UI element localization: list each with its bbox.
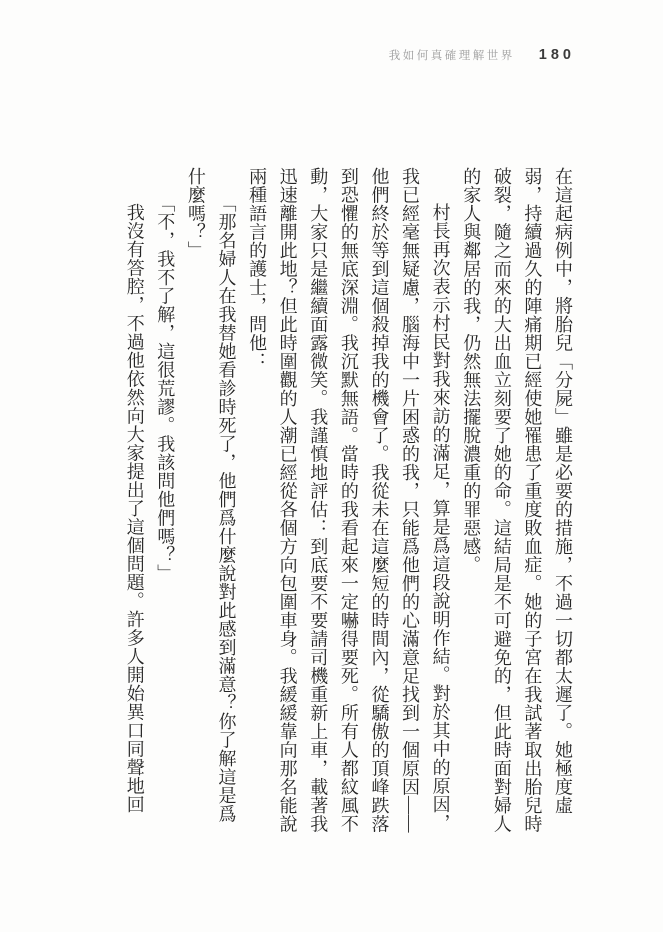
page-number: 180 — [539, 47, 575, 63]
paragraph: 我沒有答腔，不過他依然向大家提出了這個問題。許多人開始異口同聲地回 — [119, 167, 150, 835]
running-head: 我如何真確理解世界 180 — [389, 47, 575, 63]
paragraph-dialogue: 「那名婦人在我替她看診時死了，他們爲什麼說對此感到滿意？你了解這是爲什麼嗎？」 — [180, 167, 241, 835]
book-title: 我如何真確理解世界 — [389, 47, 515, 63]
paragraph: 在這起病例中，將胎兒「分屍」雖是必要的措施，不過一切都太遲了。她極度虛弱，持續過… — [456, 167, 578, 835]
paragraph-dialogue: 「不，我不了解，這很荒謬。我該問他們嗎？」 — [150, 167, 181, 835]
body-text: 在這起病例中，將胎兒「分屍」雖是必要的措施，不過一切都太遲了。她極度虛弱，持續過… — [119, 167, 578, 835]
book-page: 我如何真確理解世界 180 在這起病例中，將胎兒「分屍」雖是必要的措施，不過一切… — [0, 0, 663, 932]
paragraph: 村長再次表示村民對我來訪的滿足，算是爲這段說明作結。對於其中的原因，我已經毫無疑… — [241, 167, 455, 835]
